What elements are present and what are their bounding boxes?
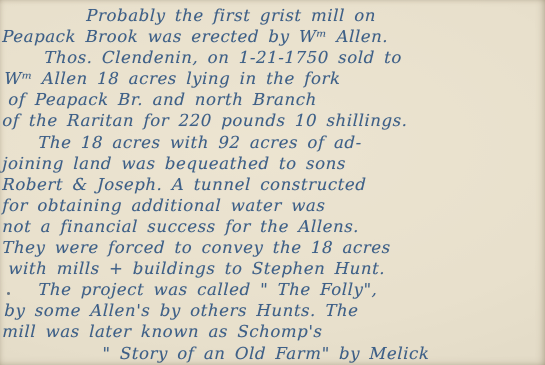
- handwritten-line: of Peapack Br. and north Branch: [0, 89, 545, 110]
- handwritten-line: Thos. Clendenin, on 1-21-1750 sold to: [0, 47, 545, 68]
- handwritten-line: for obtaining additional water was: [0, 195, 545, 216]
- handwritten-line: mill was later known as Schomp's: [0, 321, 545, 342]
- handwritten-line: Wᵐ Allen 18 acres lying in the fork: [0, 68, 545, 89]
- handwritten-line: of the Raritan for 220 pounds 10 shillin…: [0, 110, 545, 131]
- handwritten-line: They were forced to convey the 18 acres: [0, 237, 545, 258]
- note-paper: Probably the first grist mill on Peapack…: [0, 0, 545, 365]
- handwritten-line: Probably the first grist mill on: [0, 5, 545, 26]
- handwritten-line: joining land was bequeathed to sons: [0, 153, 545, 174]
- handwritten-line: " Story of an Old Farm" by Melick: [0, 343, 545, 364]
- handwritten-line: not a financial success for the Allens.: [0, 216, 545, 237]
- handwritten-line: Peapack Brook was erected by Wᵐ Allen.: [0, 26, 545, 47]
- handwritten-line: The 18 acres with 92 acres of ad-: [0, 132, 545, 153]
- handwritten-line: by some Allen's by others Hunts. The: [0, 300, 545, 321]
- ink-speck: [7, 292, 10, 295]
- handwritten-line: Robert & Joseph. A tunnel constructed: [0, 174, 545, 195]
- handwritten-line: The project was called " The Folly",: [0, 279, 545, 300]
- handwritten-line: with mills + buildings to Stephen Hunt.: [0, 258, 545, 279]
